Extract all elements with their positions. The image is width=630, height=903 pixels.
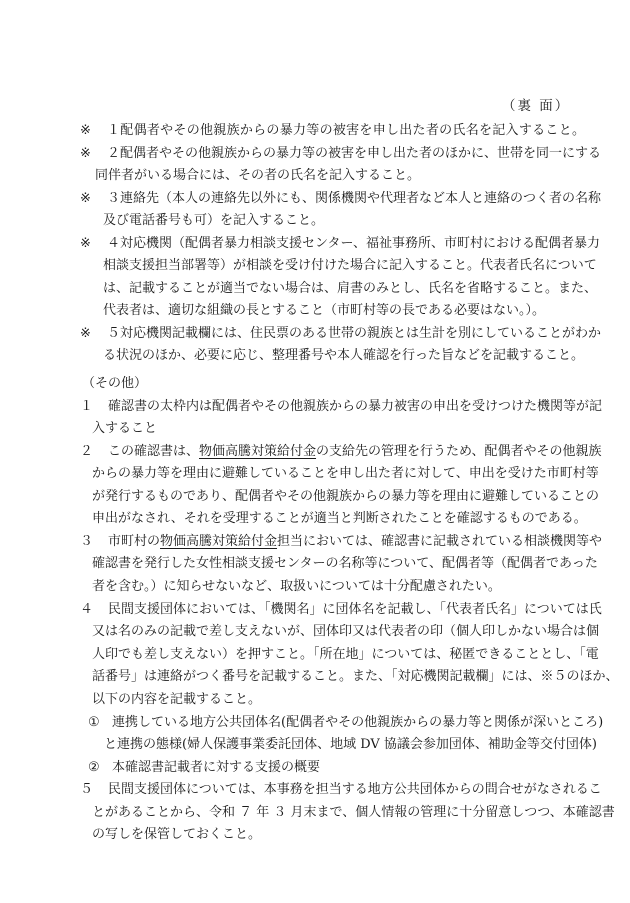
- note-3-line-1: ※３連絡先（本人の連絡先以外にも、関係機関や代理者など本人と連絡のつく者の名称: [80, 190, 585, 208]
- other-item-1-line-1: １確認書の太枠内は配偶者やその他親族からの暴力被害の申出を受けつけた機関等が記: [80, 398, 585, 416]
- note-mark: ※１: [80, 122, 120, 140]
- underlined-term: 物価高騰対策給付金: [199, 444, 316, 459]
- item-number: １: [80, 398, 108, 416]
- note-4-line-4: 代表者は、適切な組織の長とすること（市町村等の長である必要はない。）。: [103, 302, 585, 320]
- other-item-2-line-1: ２この確認書は、物価高騰対策給付金の支給先の管理を行うため、配偶者やその他親族: [80, 443, 585, 461]
- subitem-2-line-1: ②本確認書記載者に対する支援の概要: [88, 759, 585, 777]
- other-item-2-line-4: 申出がなされ、それを受理することが適当と判断されたことを確認するものである。: [92, 510, 585, 528]
- note-5-line-2: る状況のほか、必要に応じ、整理番号や本人確認を行った旨などを記載すること。: [103, 347, 585, 365]
- other-heading: （その他）: [82, 375, 587, 393]
- other-item-3-line-2: 確認書を発行した女性相談支援センターの名称等について、配偶者等（配偶者であった: [92, 555, 585, 573]
- note-1-line-1: ※１配偶者やその他親族からの暴力等の被害を申し出た者の氏名を記入すること。: [80, 122, 585, 140]
- note-4-line-2: 相談支援担当部署等）が相談を受け付けた場合に記入すること。代表者氏名について: [103, 257, 585, 275]
- other-item-3-line-1: ３市町村の物価高騰対策給付金担当においては、確認書に記載されている相談機関等や: [80, 533, 585, 551]
- item-number: ２: [80, 443, 108, 461]
- subitem-1-line-1: ①連携している地方公共団体名(配偶者やその他親族からの暴力等と関係が深いところ): [88, 714, 585, 732]
- other-item-4-line-1: ４民間支援団体においては、「機関名」に団体名を記載し、「代表者氏名」については氏: [80, 601, 585, 619]
- document-page: （裏 面） ※１配偶者やその他親族からの暴力等の被害を申し出た者の氏名を記入する…: [0, 0, 630, 903]
- item-number: ３: [80, 533, 108, 551]
- underlined-term: 物価高騰対策給付金: [160, 534, 277, 549]
- note-3-line-2: 及び電話番号も可）を記入すること。: [103, 212, 585, 230]
- other-item-1-line-2: 入すること: [92, 420, 585, 438]
- item-number: ４: [80, 601, 108, 619]
- note-5-line-1: ※５対応機関記載欄には、住民票のある世帯の親族とは生計を別にしていることがわか: [80, 325, 585, 343]
- subitem-mark: ②: [88, 759, 112, 777]
- other-item-5-line-2: とがあることから、令和 ７ 年 ３ 月末まで、個人情報の管理に十分留意しつつ、本…: [92, 804, 585, 822]
- side-label: （裏 面）: [502, 94, 570, 114]
- subitem-1-line-2: と連携の態様(婦人保護事業委託団体、地域 DV 協議会参加団体、補助金等交付団体…: [104, 736, 585, 754]
- other-item-5-line-3: の写しを保管しておくこと。: [92, 826, 585, 844]
- note-4-line-3: は、記載することが適当でない場合は、肩書のみとし、氏名を省略すること。また、: [103, 280, 585, 298]
- note-2-line-1: ※２配偶者やその他親族からの暴力等の被害を申し出た者のほかに、世帯を同一にする: [80, 145, 585, 163]
- other-item-4-line-3: 人印でも差し支えない）を押すこと。「所在地」については、秘匿できることとし、「電: [92, 646, 585, 664]
- other-item-2-line-3: が発行するものであり、配偶者やその他親族からの暴力等を理由に避難していることの: [92, 488, 585, 506]
- other-item-3-line-3: 者を含む。）に知らせないなど、取扱いについては十分配慮されたい。: [92, 578, 585, 596]
- other-item-2-line-2: からの暴力等を理由に避難していることを申し出た者に対して、申出を受けた市町村等: [92, 465, 585, 483]
- note-4-line-1: ※４対応機関（配偶者暴力相談支援センター、福祉事務所、市町村における配偶者暴力: [80, 235, 585, 253]
- other-item-4-line-4: 話番号」は連絡がつく番号を記載すること。また、「対応機関記載欄」には、※５のほか…: [92, 668, 585, 686]
- note-mark: ※４: [80, 235, 120, 253]
- note-mark: ※２: [80, 145, 120, 163]
- note-2-line-2: 同伴者がいる場合には、その者の氏名を記入すること。: [95, 167, 585, 185]
- note-mark: ※５: [80, 325, 120, 343]
- subitem-mark: ①: [88, 714, 112, 732]
- other-item-4-line-5: 以下の内容を記載すること。: [92, 691, 585, 709]
- other-item-5-line-1: ５民間支援団体については、本事務を担当する地方公共団体からの問合せがなされるこ: [80, 781, 585, 799]
- note-mark: ※３: [80, 190, 120, 208]
- item-number: ５: [80, 781, 108, 799]
- other-item-4-line-2: 又は名のみの記載で差し支えないが、団体印又は代表者の印（個人印しかない場合は個: [92, 623, 585, 641]
